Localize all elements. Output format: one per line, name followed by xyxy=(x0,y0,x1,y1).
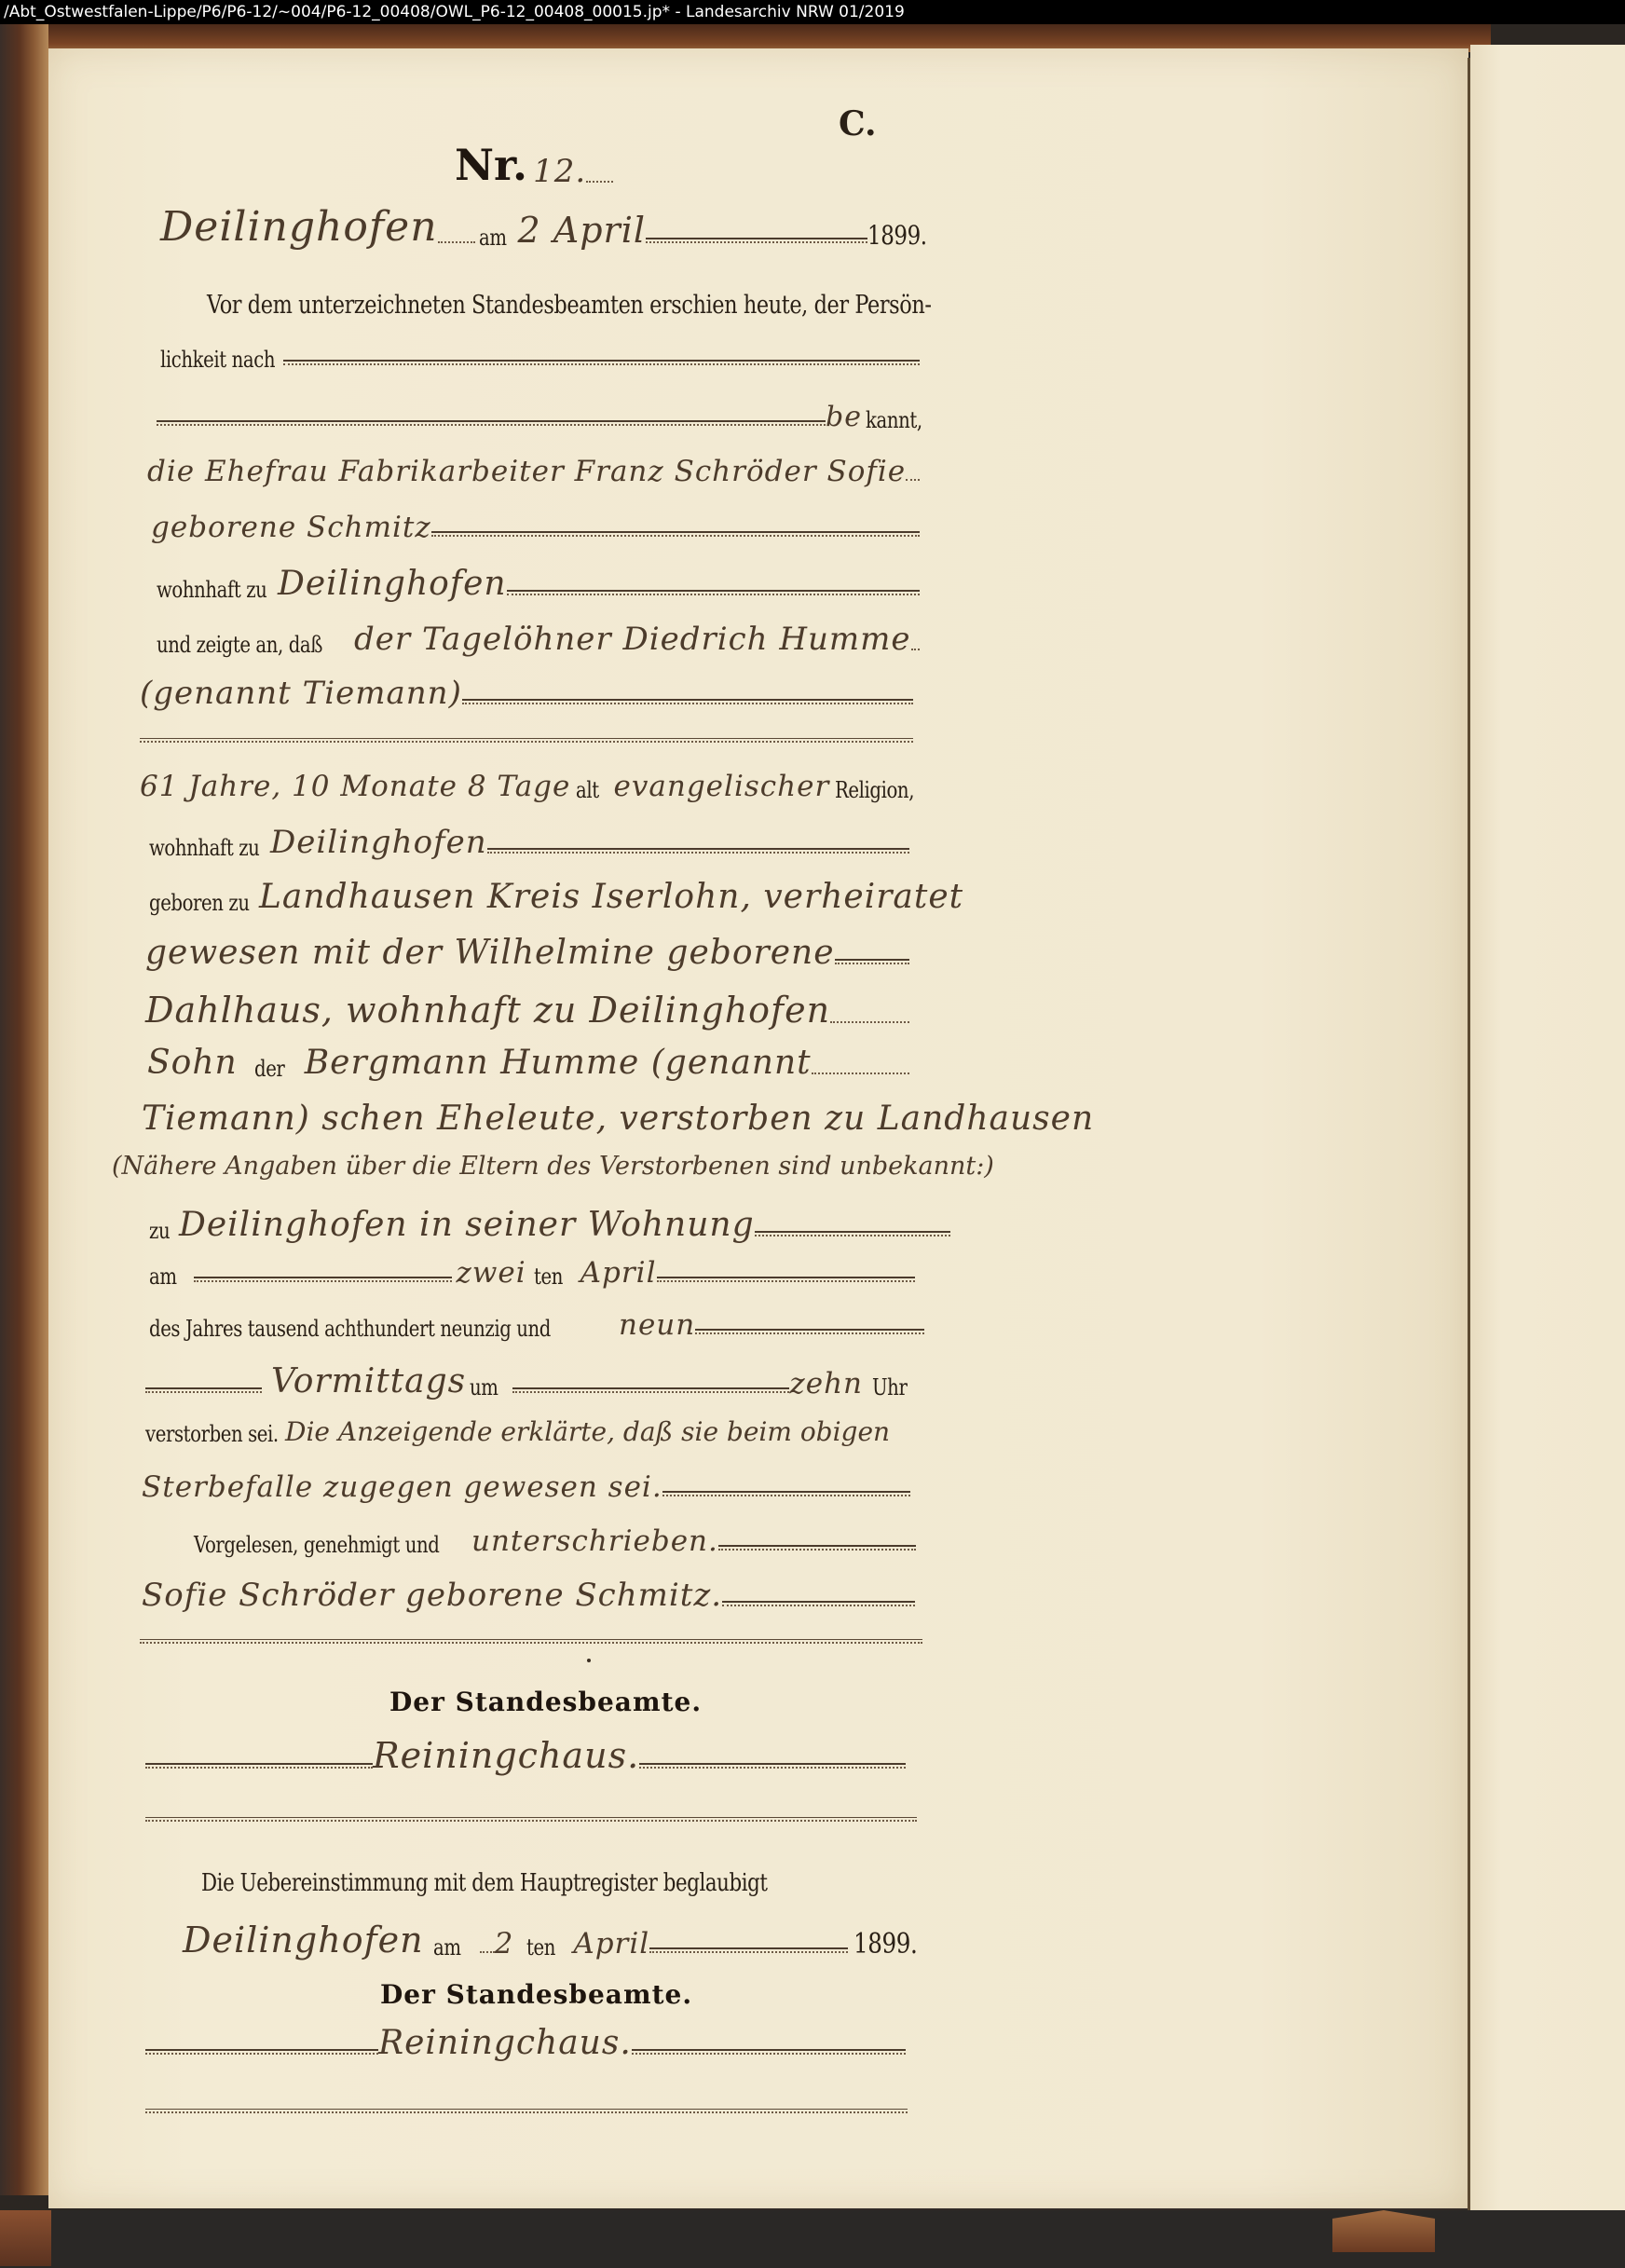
parent-relation: Sohn xyxy=(147,1044,238,1082)
death-note-row-2: Sterbefalle zugegen gewesen sei. xyxy=(142,1470,910,1504)
fill xyxy=(431,535,920,537)
residence-row-2: wohnhaft zu Deilinghofen xyxy=(149,824,909,861)
fill xyxy=(480,1951,495,1953)
read-value: unterschrieben. xyxy=(471,1524,718,1558)
fill xyxy=(145,2053,378,2055)
cert-day: 2 xyxy=(495,1927,514,1961)
read-approved-row: Vorgelesen, genehmigt und unterschrieben… xyxy=(194,1524,916,1558)
known-suffix-hand: be xyxy=(826,401,862,433)
fill xyxy=(632,2053,906,2055)
place-date-row: Deilinghofen am 2 April 1899. xyxy=(160,203,920,251)
marriage-line-1: gewesen mit der Wilhelmine geborene xyxy=(145,934,835,972)
cert-year: 1899. xyxy=(853,1928,899,1961)
informant-signature-row: Sofie Schröder geborene Schmitz. xyxy=(142,1577,915,1614)
fill xyxy=(507,594,920,595)
died-note-2: Sterbefalle zugegen gewesen sei. xyxy=(142,1470,662,1504)
intro-text-line: Vor dem unterzeichneten Standesbeamten e… xyxy=(207,291,1080,320)
fill xyxy=(512,1391,789,1393)
identity-label: lichkeit nach xyxy=(160,347,252,373)
fill xyxy=(646,241,867,243)
registration-year: 1899. xyxy=(867,220,910,251)
age-label: alt xyxy=(576,777,599,803)
fill xyxy=(657,1280,915,1282)
death-place-row: zu Deilinghofen in seiner Wohnung xyxy=(149,1206,950,1244)
parent-line-2: Tiemann) schen Eheleute, verstorben zu L… xyxy=(142,1100,1094,1138)
death-date-ten: ten xyxy=(534,1264,565,1290)
intro-text: Vor dem unterzeichneten Standesbeamten e… xyxy=(207,291,932,320)
known-field[interactable] xyxy=(157,424,826,426)
death-date-row: am zwei ten April xyxy=(149,1256,915,1290)
blank-line xyxy=(140,741,913,743)
death-time-row: Vormittags um zehn Uhr xyxy=(145,1362,909,1400)
death-note-row-1: verstorben sei. Die Anzeigende erklärte,… xyxy=(145,1416,930,1447)
fill xyxy=(835,963,910,964)
cert-signature-row: Reiningchaus. xyxy=(145,2024,906,2062)
death-place-value: Deilinghofen in seiner Wohnung xyxy=(179,1206,755,1244)
informant-signature: Sofie Schröder geborene Schmitz. xyxy=(142,1577,722,1614)
cert-ten: ten xyxy=(526,1934,557,1961)
registrar-signature-row: Reiningchaus. xyxy=(145,1735,906,1776)
registration-day-month: 2 April xyxy=(518,210,647,251)
parent-article: der xyxy=(254,1056,288,1082)
separator-line xyxy=(140,1642,922,1644)
born-value: Landhausen Kreis Iserlohn, verheiratet xyxy=(259,878,963,916)
am-label: am xyxy=(479,225,508,251)
year-text: des Jahres tausend achthundert neunzig u… xyxy=(149,1316,534,1342)
residence-value-2: Deilinghofen xyxy=(270,824,487,861)
born-label: geboren zu xyxy=(149,890,239,916)
religion-label: Religion, xyxy=(835,777,905,803)
died-label: verstorben sei. xyxy=(145,1421,260,1447)
deceased-line-2: (genannt Tiemann) xyxy=(140,675,462,712)
cert-month: April xyxy=(573,1927,649,1961)
fill xyxy=(722,1605,915,1606)
cert-am: am xyxy=(433,1934,462,1961)
cert-place: Deilinghofen xyxy=(183,1920,424,1961)
parents-row-1: Sohn der Bergmann Humme (genannt xyxy=(147,1044,909,1082)
time-uhr: Uhr xyxy=(872,1374,903,1400)
declared-label: und zeigte an, daß xyxy=(157,632,319,658)
informant-row-1: die Ehefrau Fabrikarbeiter Franz Schröde… xyxy=(147,455,920,488)
cert-place-date-row: Deilinghofen am 2 ten April 1899. xyxy=(183,1920,909,1961)
fill xyxy=(662,1495,910,1496)
parent-name: Bergmann Humme (genannt xyxy=(305,1044,812,1082)
fill xyxy=(906,479,920,481)
marriage-row-2: Dahlhaus, wohnhaft zu Deilinghofen xyxy=(145,990,909,1031)
residence-value-1: Deilinghofen xyxy=(278,565,507,603)
residence-label-1: wohnhaft zu xyxy=(157,577,256,603)
registrar-signature: Reiningchaus. xyxy=(373,1735,639,1776)
death-place-label: zu xyxy=(149,1218,173,1244)
registration-place: Deilinghofen xyxy=(160,203,438,251)
identity-row: lichkeit nach xyxy=(160,347,920,373)
record-number-label: Nr. xyxy=(455,140,527,190)
died-note-1: Die Anzeigende erklärte, daß sie beim ob… xyxy=(285,1416,890,1447)
fill xyxy=(639,1767,906,1769)
death-date-day: zwei xyxy=(456,1256,526,1290)
informant-line-1: die Ehefrau Fabrikarbeiter Franz Schröde… xyxy=(147,455,906,488)
age-value: 61 Jahre, 10 Monate 8 Tage xyxy=(140,770,570,803)
fill xyxy=(830,1021,909,1023)
age-religion-row: 61 Jahre, 10 Monate 8 Tage alt evangelis… xyxy=(140,770,921,803)
residence-row-1: wohnhaft zu Deilinghofen xyxy=(157,565,920,603)
ink-dot xyxy=(587,1659,591,1662)
fill xyxy=(718,1549,916,1551)
fill xyxy=(649,1951,848,1953)
blank-line xyxy=(145,1820,917,1822)
cert-registrar-heading: Der Standesbeamte. xyxy=(380,1979,692,2010)
certification-line: Die Uebereinstimmung mit dem Hauptregist… xyxy=(201,1869,892,1897)
record-number-value: 12. xyxy=(533,153,586,190)
deceased-row-2: (genannt Tiemann) xyxy=(140,675,913,712)
marriage-line-2: Dahlhaus, wohnhaft zu Deilinghofen xyxy=(145,990,830,1031)
time-value: Vormittags xyxy=(271,1362,466,1400)
fill xyxy=(755,1235,950,1236)
informant-row-2: geborene Schmitz xyxy=(151,511,920,544)
certification-text: Die Uebereinstimmung mit dem Hauptregist… xyxy=(201,1869,768,1897)
read-label: Vorgelesen, genehmigt und xyxy=(194,1532,421,1558)
cert-signature: Reiningchaus. xyxy=(378,2024,632,2062)
fill xyxy=(695,1332,924,1334)
residence-label-2: wohnhaft zu xyxy=(149,835,249,861)
death-record-form: C. Nr. 12. Deilinghofen am 2 April 1899.… xyxy=(0,0,1625,2268)
marriage-row-1: gewesen mit der Wilhelmine geborene xyxy=(145,934,909,972)
deceased-row-1: und zeigte an, daß der Tagelöhner Diedri… xyxy=(157,621,920,658)
blank-line xyxy=(145,2111,908,2113)
record-number-row: Nr. 12. xyxy=(455,140,613,190)
registrar-heading: Der Standesbeamte. xyxy=(389,1687,702,1717)
parent-line-3: (Nähere Angaben über die Eltern des Vers… xyxy=(112,1152,994,1181)
identity-field[interactable] xyxy=(283,363,920,365)
fill xyxy=(911,649,920,650)
fill xyxy=(145,1767,373,1769)
fill xyxy=(145,1391,262,1393)
parents-row-2: Tiemann) schen Eheleute, verstorben zu L… xyxy=(142,1100,943,1138)
record-number-fill xyxy=(586,181,613,183)
death-year-row: des Jahres tausend achthundert neunzig u… xyxy=(149,1308,924,1342)
fill xyxy=(462,703,913,704)
death-date-am: am xyxy=(149,1264,178,1290)
deceased-line-1: der Tagelöhner Diedrich Humme xyxy=(354,621,911,658)
time-hour: zehn xyxy=(789,1367,863,1400)
birthplace-row: geboren zu Landhausen Kreis Iserlohn, ve… xyxy=(149,878,922,916)
death-date-month: April xyxy=(580,1256,657,1290)
fill xyxy=(487,852,909,854)
parents-row-3: (Nähere Angaben über die Eltern des Vers… xyxy=(112,1152,978,1181)
known-row: be kannt, xyxy=(157,401,920,433)
year-value: neun xyxy=(619,1308,695,1342)
fill xyxy=(194,1280,452,1282)
fill xyxy=(812,1073,909,1074)
fill xyxy=(438,241,475,243)
known-suffix-print: kannt, xyxy=(866,407,910,433)
informant-line-2: geborene Schmitz xyxy=(151,511,431,544)
religion-value: evangelischer xyxy=(614,770,830,803)
section-letter: C. xyxy=(839,104,877,143)
time-um: um xyxy=(470,1374,498,1400)
